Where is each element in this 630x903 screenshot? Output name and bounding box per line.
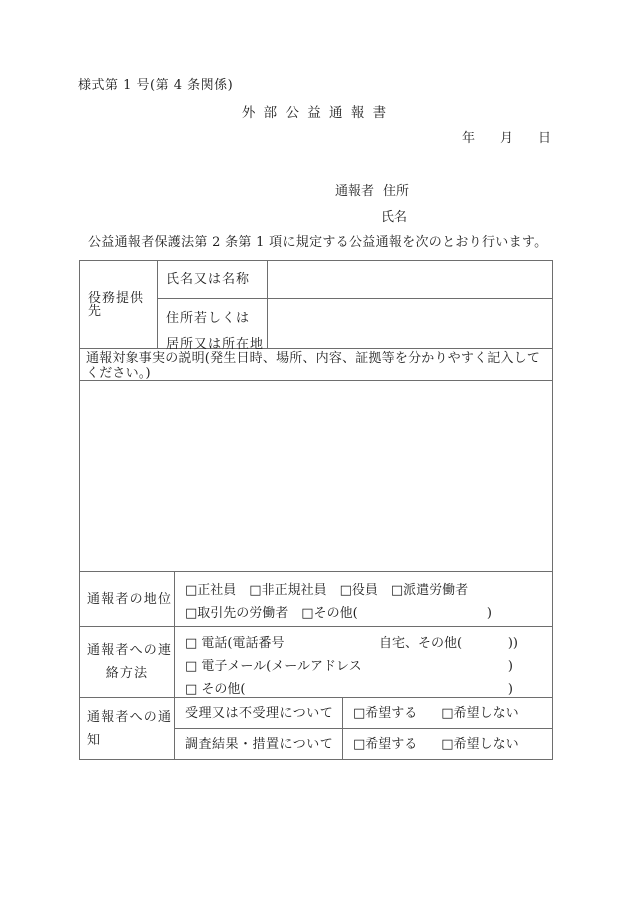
reporter-status-section: 通報者の地位 □正社員 □非正規社員 □役員 □派遣労働者 □取引先の労働者 □… — [80, 571, 552, 626]
status-options-line1: □正社員 □非正規社員 □役員 □派遣労働者 — [185, 579, 552, 602]
reporter-status-label: 通報者の地位 — [80, 572, 175, 626]
contact-phone-option: □ 電話(電話番号 自宅、その他( )) — [185, 632, 552, 655]
name-or-title-value — [268, 261, 552, 298]
month-label: 月 — [500, 132, 513, 145]
whistleblowing-form-page: 様式第 1 号(第 4 条関係) 外 部 公 益 通 報 書 年 月 日 通報者… — [0, 0, 630, 903]
acceptance-item-label: 受理又は不受理について — [175, 698, 343, 728]
phone-close-paren: )) — [508, 632, 518, 655]
form-number: 様式第 1 号(第 4 条関係) — [78, 79, 233, 92]
notification-row-acceptance: 受理又は不受理について □希望する □希望しない — [175, 698, 552, 728]
form-table: 役務提供先 氏名又は名称 住所若しくは 居所又は所在地 通報対象事実の説明(発生… — [79, 260, 553, 760]
acceptance-choices: □希望する □希望しない — [343, 698, 552, 728]
results-choice-no: □希望しない — [441, 738, 518, 751]
intro-sentence: 公益通報者保護法第 2 条第 1 項に規定する公益通報を次のとおり行います。 — [88, 236, 547, 249]
name-or-title-label: 氏名又は名称 — [158, 261, 268, 298]
service-provider-address-row: 住所若しくは 居所又は所在地 — [158, 298, 552, 348]
day-label: 日 — [538, 132, 551, 145]
service-provider-name-row: 氏名又は名称 — [158, 261, 552, 298]
acceptance-choice-yes: □希望する — [353, 707, 417, 720]
facts-heading: 通報対象事実の説明(発生日時、場所、内容、証拠等を分かりやすく記入してください。… — [80, 348, 552, 380]
phone-home-other-label: 自宅、その他( — [379, 632, 462, 655]
document-title: 外 部 公 益 通 報 書 — [0, 107, 630, 121]
other-close-paren: ) — [508, 678, 513, 701]
contact-other-option: □ その他( ) — [185, 678, 552, 701]
acceptance-choice-no: □希望しない — [441, 707, 518, 720]
reporter-line: 通報者 住所 — [335, 185, 409, 198]
notification-label: 通報者への通 知 — [80, 698, 175, 759]
notification-section: 通報者への通 知 受理又は不受理について □希望する □希望しない 調査結果・措… — [80, 697, 552, 759]
status-options-line2: □取引先の労働者 □その他( ) — [185, 602, 552, 625]
results-item-label: 調査結果・措置について — [175, 729, 343, 759]
notification-row-results: 調査結果・措置について □希望する □希望しない — [175, 728, 552, 759]
contact-email-option: □ 電子メール(メールアドレス ) — [185, 655, 552, 678]
contact-method-label: 通報者への連 絡方法 — [80, 627, 175, 697]
contact-method-options: □ 電話(電話番号 自宅、その他( )) □ 電子メール(メールアドレス ) □… — [175, 627, 552, 697]
service-provider-label: 役務提供先 — [80, 261, 158, 348]
reporter-label: 通報者 — [335, 185, 374, 198]
year-label: 年 — [462, 132, 475, 145]
service-provider-section: 役務提供先 氏名又は名称 住所若しくは 居所又は所在地 — [80, 261, 552, 348]
address-value — [268, 299, 552, 348]
date-line: 年 月 日 — [462, 132, 551, 145]
email-close-paren: ) — [508, 655, 513, 678]
results-choice-yes: □希望する — [353, 738, 417, 751]
facts-description-area — [80, 380, 552, 571]
status-other-close-paren: ) — [487, 602, 492, 625]
results-choices: □希望する □希望しない — [343, 729, 552, 759]
reporter-address-label: 住所 — [383, 185, 409, 198]
contact-method-section: 通報者への連 絡方法 □ 電話(電話番号 自宅、その他( )) □ 電子メール(… — [80, 626, 552, 697]
address-label: 住所若しくは 居所又は所在地 — [158, 299, 268, 348]
reporter-status-options: □正社員 □非正規社員 □役員 □派遣労働者 □取引先の労働者 □その他( ) — [175, 572, 552, 626]
reporter-name-label: 氏名 — [381, 211, 407, 224]
